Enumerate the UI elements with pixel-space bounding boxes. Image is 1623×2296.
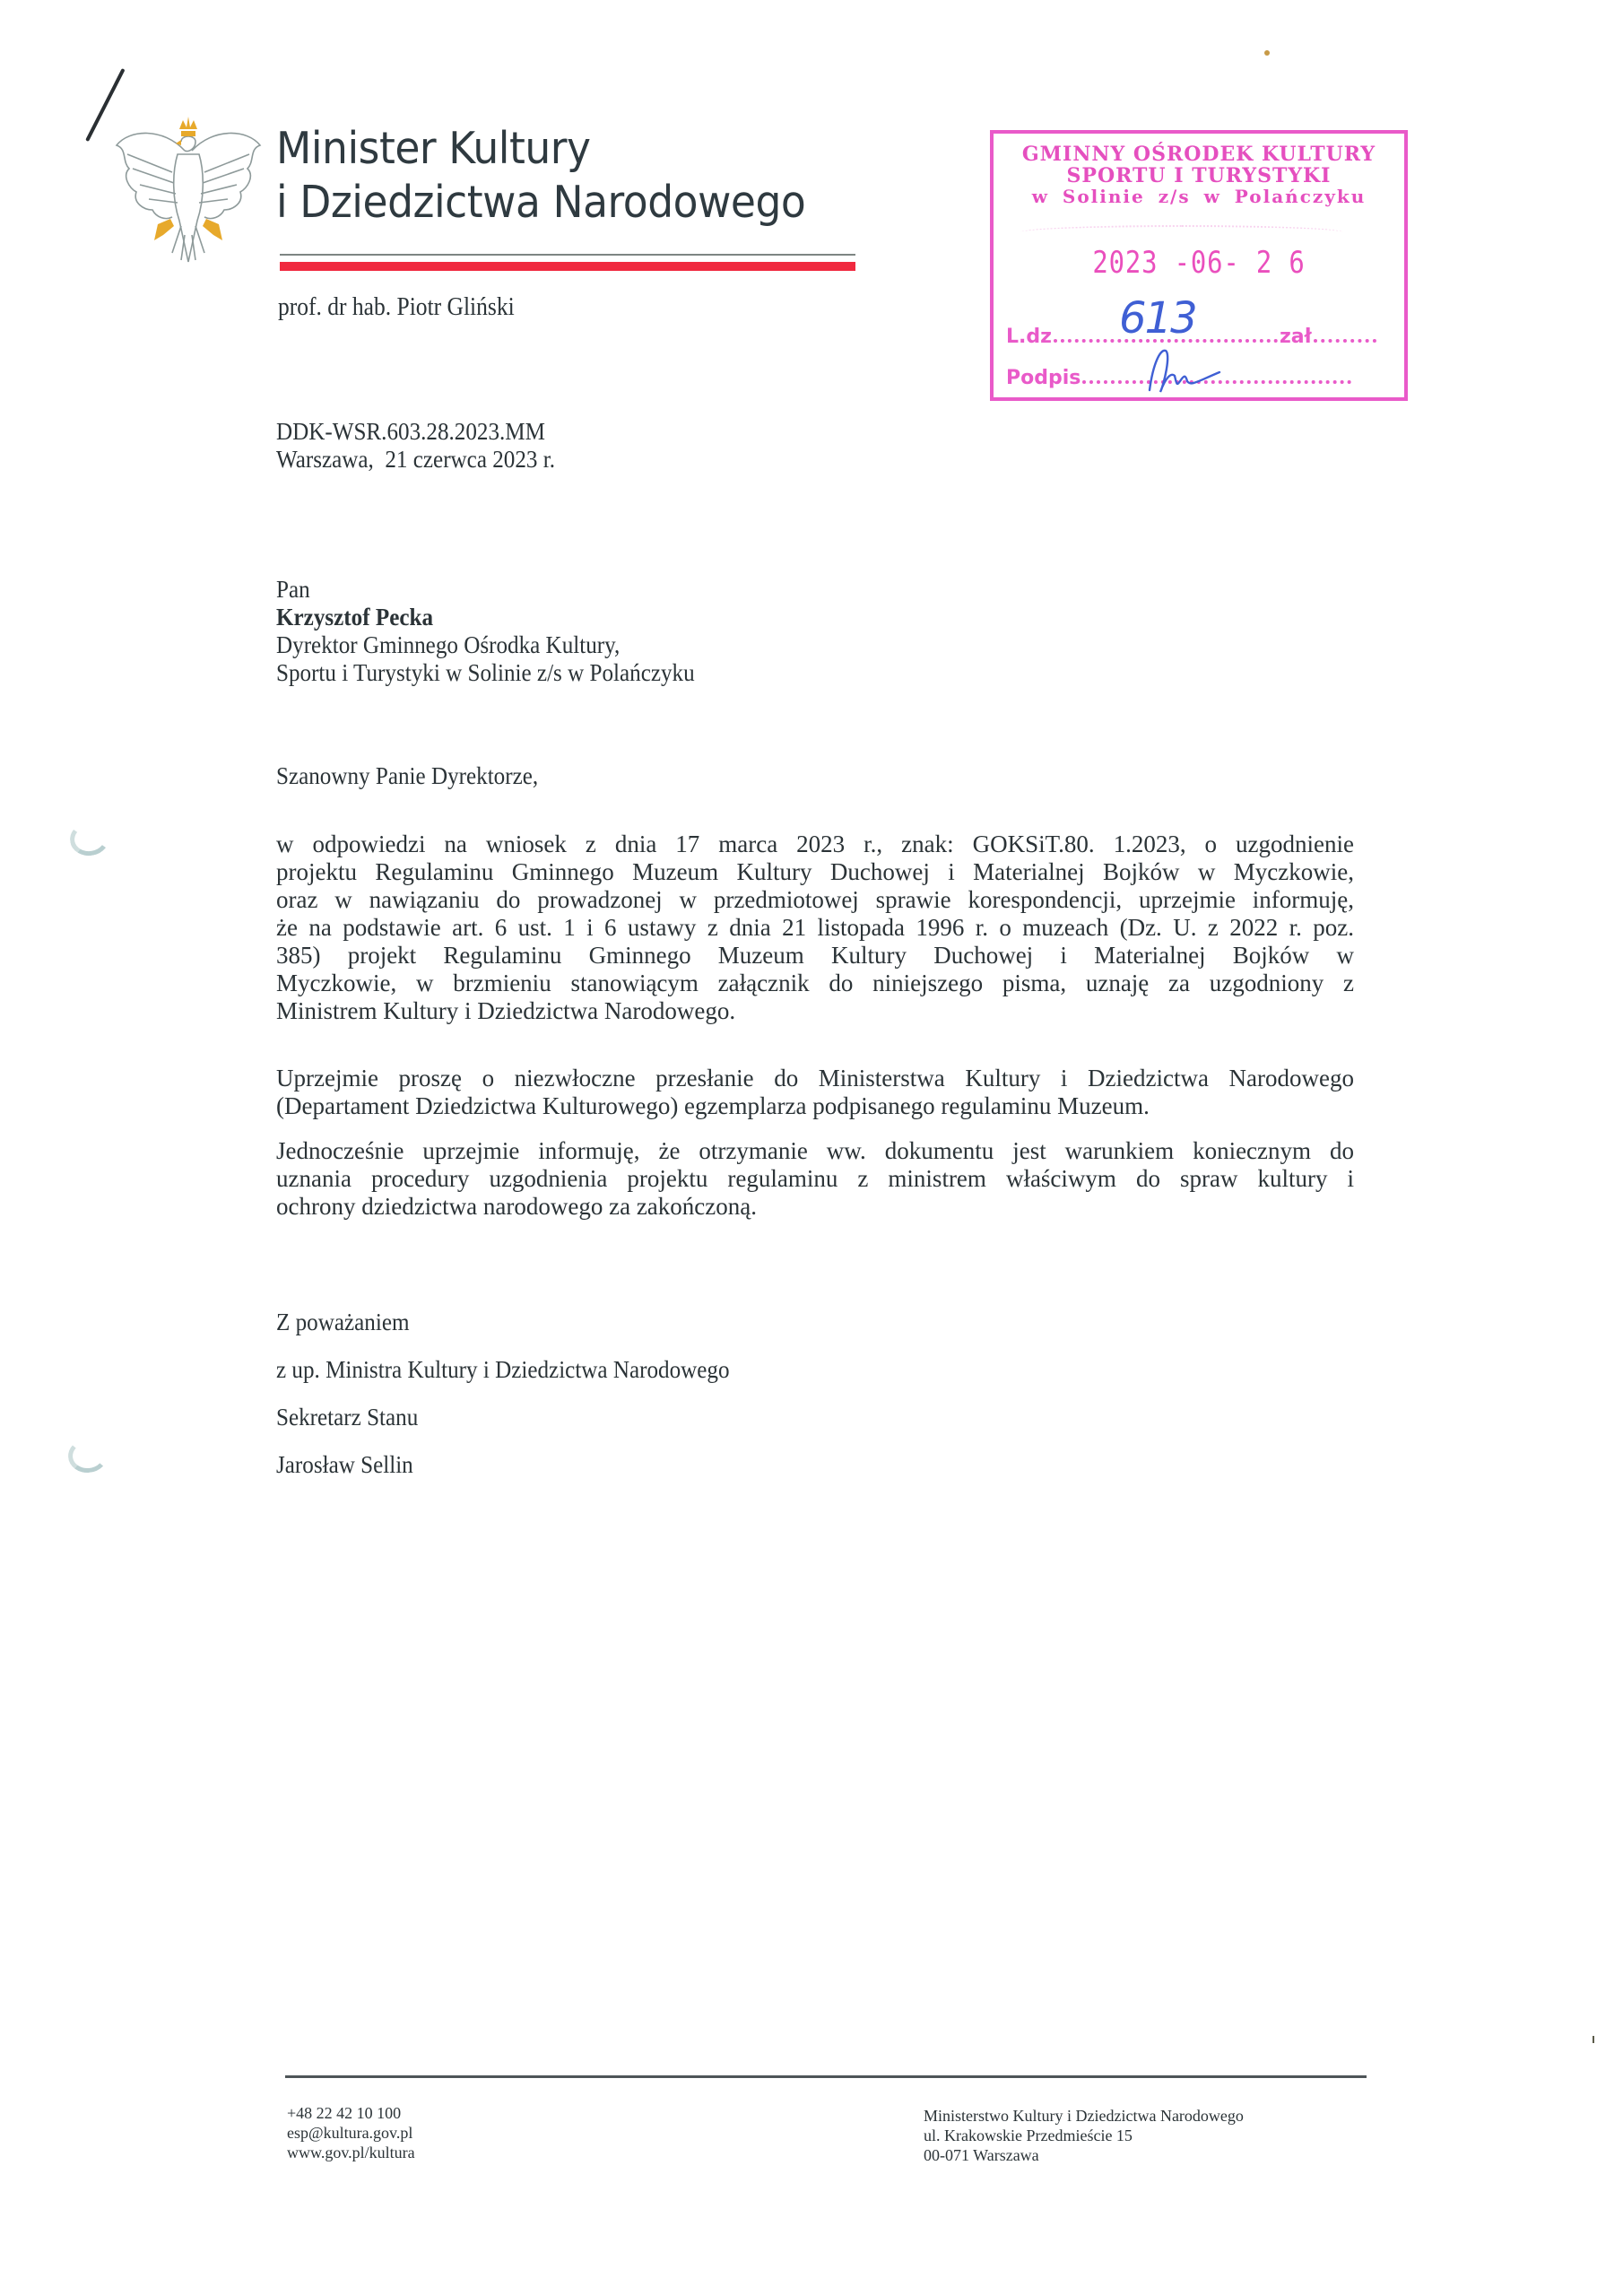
body-paragraph-2: Uprzejmie proszę o niezwłoczne przesłani… bbox=[276, 1065, 1354, 1120]
text-line: (Departament Dziedzictwa Kulturowego) eg… bbox=[276, 1092, 1354, 1120]
stamp-ldz-handwritten: 613 bbox=[1119, 293, 1196, 344]
recipient-block: Pan Krzysztof Pecka Dyrektor Gminnego Oś… bbox=[276, 576, 695, 687]
signatory-name: Jarosław Sellin bbox=[276, 1441, 730, 1489]
footer-contact: +48 22 42 10 100 esp@kultura.gov.pl www.… bbox=[287, 2103, 415, 2162]
stamp-date: 2023 -06- 2 6 bbox=[1024, 245, 1373, 281]
hole-punch-mark bbox=[66, 1437, 108, 1474]
footer-postal-city: 00-071 Warszawa bbox=[924, 2145, 1244, 2165]
closing-regards: Z poważaniem bbox=[276, 1299, 730, 1346]
letterhead-title-line2: i Dziedzictwa Narodowego bbox=[276, 176, 805, 230]
stamp-org-line3: w Solinie z/s w Polańczyku bbox=[994, 186, 1404, 207]
letterhead-gray-rule bbox=[280, 254, 855, 256]
stamp-org-line2: SPORTU I TURYSTYKI bbox=[994, 164, 1404, 187]
recipient-position-line1: Dyrektor Gminnego Ośrodka Kultury, bbox=[276, 631, 695, 659]
closing-on-behalf: z up. Ministra Kultury i Dziedzictwa Nar… bbox=[276, 1346, 730, 1394]
signatory-title: Sekretarz Stanu bbox=[276, 1394, 730, 1441]
footer-address: Ministerstwo Kultury i Dziedzictwa Narod… bbox=[924, 2106, 1244, 2165]
stamp-podpis-label: Podpis bbox=[1006, 367, 1081, 389]
recipient-position-line2: Sportu i Turystyki w Solinie z/s w Polań… bbox=[276, 659, 695, 687]
handwritten-signature-icon bbox=[1144, 345, 1225, 396]
footer-phone: +48 22 42 10 100 bbox=[287, 2103, 415, 2123]
text-line: że na podstawie art. 6 ust. 1 i 6 ustawy… bbox=[276, 914, 1354, 942]
text-line: Jednocześnie uprzejmie informuję, że otr… bbox=[276, 1137, 1354, 1165]
footer-institution: Ministerstwo Kultury i Dziedzictwa Narod… bbox=[924, 2106, 1244, 2126]
text-line: Ministrem Kultury i Dziedzictwa Narodowe… bbox=[276, 997, 1354, 1025]
text-line: Uprzejmie proszę o niezwłoczne przesłani… bbox=[276, 1065, 1354, 1092]
hole-punch-mark bbox=[67, 818, 112, 858]
letterhead-title: Minister Kultury i Dziedzictwa Narodoweg… bbox=[276, 122, 805, 230]
stamp-faint-mark bbox=[1020, 225, 1343, 239]
registry-stamp: GMINNY OŚRODEK KULTURY SPORTU I TURYSTYK… bbox=[990, 130, 1408, 401]
polish-eagle-emblem-icon bbox=[109, 109, 267, 267]
text-line: oraz w nawiązaniu do prowadzonej w przed… bbox=[276, 886, 1354, 914]
stamp-org-line1: GMINNY OŚRODEK KULTURY bbox=[994, 143, 1404, 166]
dotted-line bbox=[1314, 339, 1376, 343]
reference-block: DDK-WSR.603.28.2023.MM Warszawa, 21 czer… bbox=[276, 418, 555, 474]
minister-name: prof. dr hab. Piotr Gliński bbox=[278, 292, 515, 322]
footer-email: esp@kultura.gov.pl bbox=[287, 2123, 415, 2143]
stamp-ldz-label: L.dz bbox=[1006, 326, 1052, 348]
body-paragraph-3: Jednocześnie uprzejmie informuję, że otr… bbox=[276, 1137, 1354, 1221]
recipient-name: Krzysztof Pecka bbox=[276, 604, 695, 631]
greeting: Szanowny Panie Dyrektorze, bbox=[276, 762, 538, 790]
text-line: ochrony dziedzictwa narodowego za zakońc… bbox=[276, 1193, 1354, 1221]
closing-block: Z poważaniem z up. Ministra Kultury i Dz… bbox=[276, 1299, 730, 1489]
footer-rule bbox=[285, 2075, 1367, 2078]
text-line: w odpowiedzi na wniosek z dnia 17 marca … bbox=[276, 831, 1354, 858]
recipient-title: Pan bbox=[276, 576, 695, 604]
stamp-zal-label: zał bbox=[1280, 326, 1312, 348]
text-line: Myczkowie, w brzmieniu stanowiącym załąc… bbox=[276, 970, 1354, 997]
paper-speck bbox=[1264, 50, 1270, 56]
footer-website: www.gov.pl/kultura bbox=[287, 2143, 415, 2162]
paper-speck bbox=[1593, 2036, 1594, 2043]
letterhead-red-rule bbox=[280, 262, 855, 271]
body-paragraph-1: w odpowiedzi na wniosek z dnia 17 marca … bbox=[276, 831, 1354, 1025]
text-line: uznania procedury uzgodnienia projektu r… bbox=[276, 1165, 1354, 1193]
case-number: DDK-WSR.603.28.2023.MM bbox=[276, 418, 555, 446]
footer-street: ul. Krakowskie Przedmieście 15 bbox=[924, 2126, 1244, 2145]
text-line: projektu Regulaminu Gminnego Muzeum Kult… bbox=[276, 858, 1354, 886]
text-line: 385) projekt Regulaminu Gminnego Muzeum … bbox=[276, 942, 1354, 970]
place-date: Warszawa, 21 czerwca 2023 r. bbox=[276, 446, 555, 474]
letterhead-title-line1: Minister Kultury bbox=[276, 122, 805, 176]
